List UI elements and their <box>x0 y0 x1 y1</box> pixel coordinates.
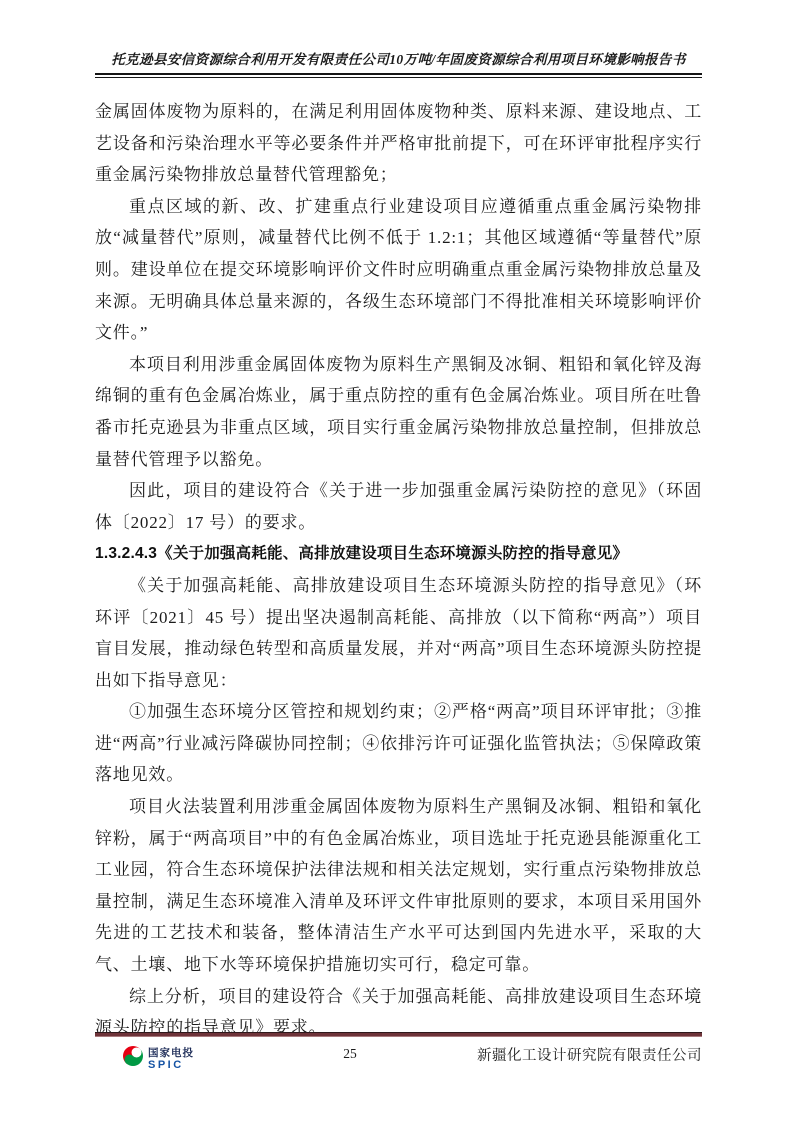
spic-logo-text: 国家电投 SPIC <box>148 1047 194 1071</box>
paragraph: ①加强生态环境分区管控和规划约束；②严格“两高”项目环评审批；③推进“两高”行业… <box>95 696 702 791</box>
paragraph: 金属固体废物为原料的，在满足利用固体废物种类、原料来源、建设地点、工艺设备和污染… <box>95 96 702 191</box>
spic-logo-name-en: SPIC <box>148 1059 194 1071</box>
document-body: 金属固体废物为原料的，在满足利用固体废物种类、原料来源、建设地点、工艺设备和污染… <box>95 96 702 1044</box>
paragraph: 《关于加强高耗能、高排放建设项目生态环境源头防控的指导意见》（环环评〔2021〕… <box>95 570 702 696</box>
page-header: 托克逊县安信资源综合利用开发有限责任公司10万吨/年固废资源综合利用项目环境影响… <box>95 48 702 78</box>
spic-swirl-icon <box>121 1044 145 1073</box>
footer-company: 新疆化工设计研究院有限责任公司 <box>477 1044 702 1065</box>
footer-rule <box>95 1032 702 1037</box>
section-heading: 1.3.2.4.3《关于加强高耗能、高排放建设项目生态环境源头防控的指导意见》 <box>95 538 702 570</box>
header-rule <box>95 73 702 78</box>
paragraph: 本项目利用涉重金属固体废物为原料生产黑铜及冰铜、粗铅和氧化锌及海绵铜的重有色金属… <box>95 349 702 475</box>
paragraph: 项目火法装置利用涉重金属固体废物为原料生产黑铜及冰铜、粗铅和氧化锌粉，属于“两高… <box>95 791 702 981</box>
document-page: 托克逊县安信资源综合利用开发有限责任公司10万吨/年固废资源综合利用项目环境影响… <box>0 0 793 1122</box>
paragraph: 重点区域的新、改、扩建重点行业建设项目应遵循重点重金属污染物排放“减量替代”原则… <box>95 191 702 349</box>
page-number: 25 <box>328 1046 372 1062</box>
spic-logo: 国家电投 SPIC <box>121 1044 194 1073</box>
spic-logo-name-cn: 国家电投 <box>148 1047 194 1059</box>
paragraph: 因此，项目的建设符合《关于进一步加强重金属污染防控的意见》（环固体〔2022〕1… <box>95 475 702 538</box>
header-title: 托克逊县安信资源综合利用开发有限责任公司10万吨/年固废资源综合利用项目环境影响… <box>95 48 702 68</box>
